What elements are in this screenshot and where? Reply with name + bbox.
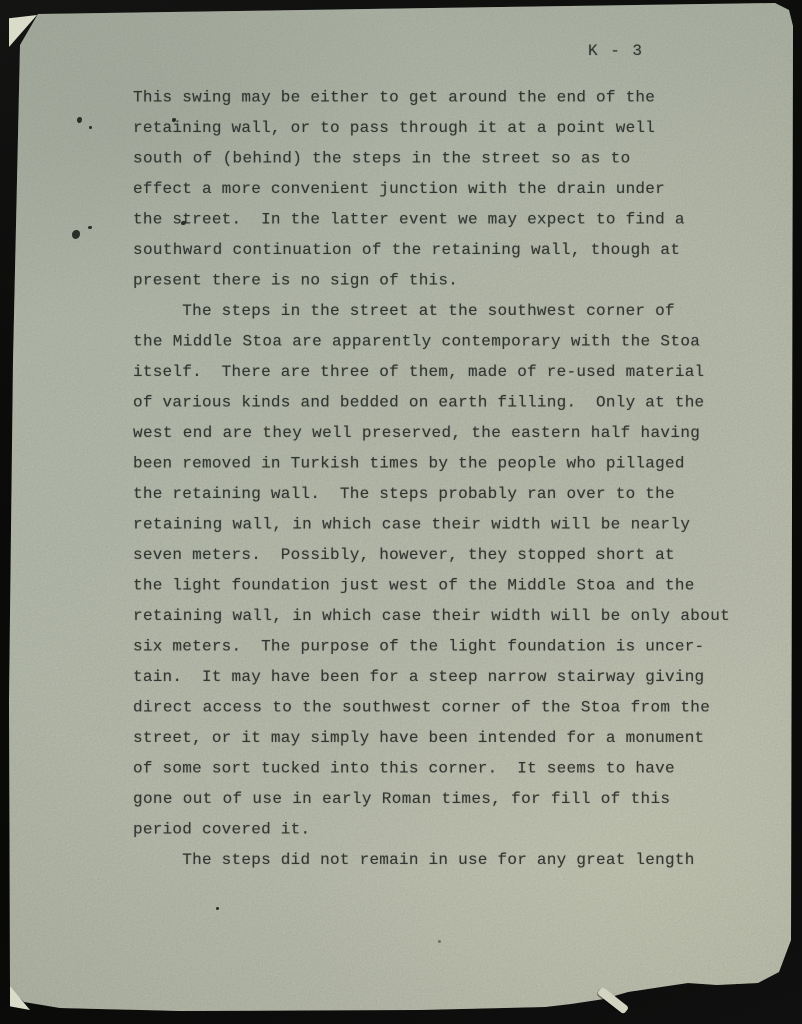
page-number: K - 3 [588,42,644,60]
paper-speck [72,230,80,239]
typed-line: the street. In the latter event we may e… [133,204,703,235]
typed-text-block: This swing may be either to get around t… [133,82,703,875]
scanned-document: K - 3 This swing may be either to get ar… [0,0,802,1024]
paper-speck [89,126,92,129]
typed-line: tain. It may have been for a steep narro… [133,662,703,693]
typed-line: the light foundation just west of the Mi… [133,570,703,601]
paper-speck [77,117,82,123]
paper-speck [438,940,441,943]
typed-line: of various kinds and bedded on earth fil… [133,387,703,418]
typed-line: The steps did not remain in use for any … [133,845,703,876]
typed-line: direct access to the southwest corner of… [133,692,703,723]
typed-line: the Middle Stoa are apparently contempor… [133,326,703,357]
typed-line: south of (behind) the steps in the stree… [133,143,703,174]
typed-line: retaining wall, in which case their widt… [133,601,703,632]
typed-line: street, or it may simply have been inten… [133,723,703,754]
typed-line: the retaining wall. The steps probably r… [133,479,703,510]
typed-line: This swing may be either to get around t… [133,82,703,113]
typed-line: gone out of use in early Roman times, fo… [133,784,703,815]
typed-line: present there is no sign of this. [133,265,703,296]
paper-sheet: K - 3 This swing may be either to get ar… [0,0,802,1024]
paper-speck [216,907,219,910]
typed-line: effect a more convenient junction with t… [133,174,703,205]
typed-line: The steps in the street at the southwest… [133,296,703,327]
typed-line: of some sort tucked into this corner. It… [133,753,703,784]
typed-line: retaining wall, or to pass through it at… [133,113,703,144]
typed-line: southward continuation of the retaining … [133,235,703,266]
typed-line: six meters. The purpose of the light fou… [133,631,703,662]
typed-line: been removed in Turkish times by the peo… [133,448,703,479]
typed-line: retaining wall, in which case their widt… [133,509,703,540]
typed-line: period covered it. [133,814,703,845]
typed-line: west end are they well preserved, the ea… [133,418,703,449]
typed-line: itself. There are three of them, made of… [133,357,703,388]
paper-speck [88,226,92,229]
typed-line: seven meters. Possibly, however, they st… [133,540,703,571]
